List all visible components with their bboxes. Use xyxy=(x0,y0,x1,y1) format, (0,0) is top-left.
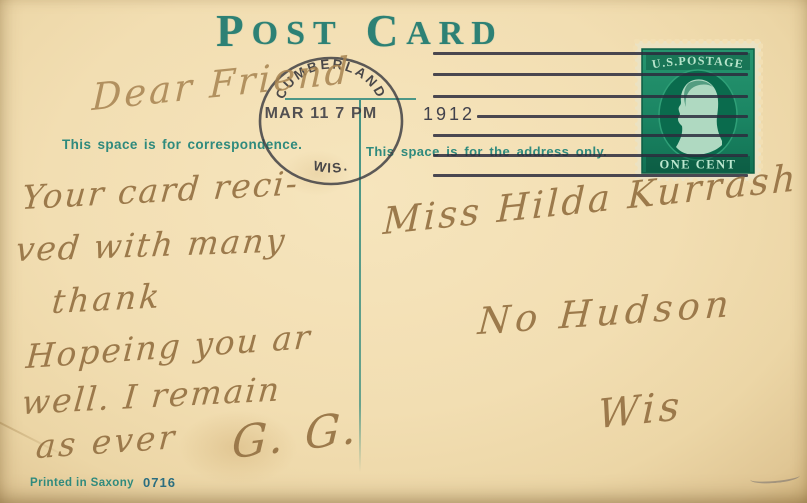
handwritten-message-line: ved with many xyxy=(14,220,288,269)
title-word-card: CARD xyxy=(366,33,504,50)
handwritten-address-line: No Hudson xyxy=(476,282,735,343)
handwritten-message-line: thank xyxy=(50,276,164,321)
pencil-mark xyxy=(750,470,801,485)
cancellation-bar xyxy=(433,73,748,76)
printer-code: 0716 xyxy=(143,475,176,490)
postmark-year: 1912 xyxy=(423,104,475,125)
cancellation-bar xyxy=(433,95,748,98)
handwritten-message-line: as ever xyxy=(35,417,179,466)
title-word-post: POST xyxy=(216,33,344,50)
cancellation-bar xyxy=(433,52,748,55)
cancellation-bar xyxy=(433,154,748,157)
postmark-state: WIS. xyxy=(312,158,350,176)
post-card-title: POSTCARD xyxy=(195,5,525,57)
handwritten-message-line: Your card reci- xyxy=(20,163,300,217)
postcard-back: POSTCARD This space is for correspondenc… xyxy=(0,0,807,503)
printer-credit: Printed in Saxony xyxy=(30,477,134,489)
cancellation-bar xyxy=(477,115,748,118)
handwritten-address-line: Miss Hilda Kurrash xyxy=(382,156,799,243)
handwritten-message-line: Hopeing you ar xyxy=(25,317,313,376)
postmark-date: MAR 11 7 PM xyxy=(265,105,378,122)
cancellation-bar xyxy=(433,134,748,137)
handwritten-message-line: well. I remain xyxy=(20,369,283,422)
handwritten-address-line: Wis xyxy=(597,383,684,438)
handwritten-signature: G. G. xyxy=(231,402,362,469)
